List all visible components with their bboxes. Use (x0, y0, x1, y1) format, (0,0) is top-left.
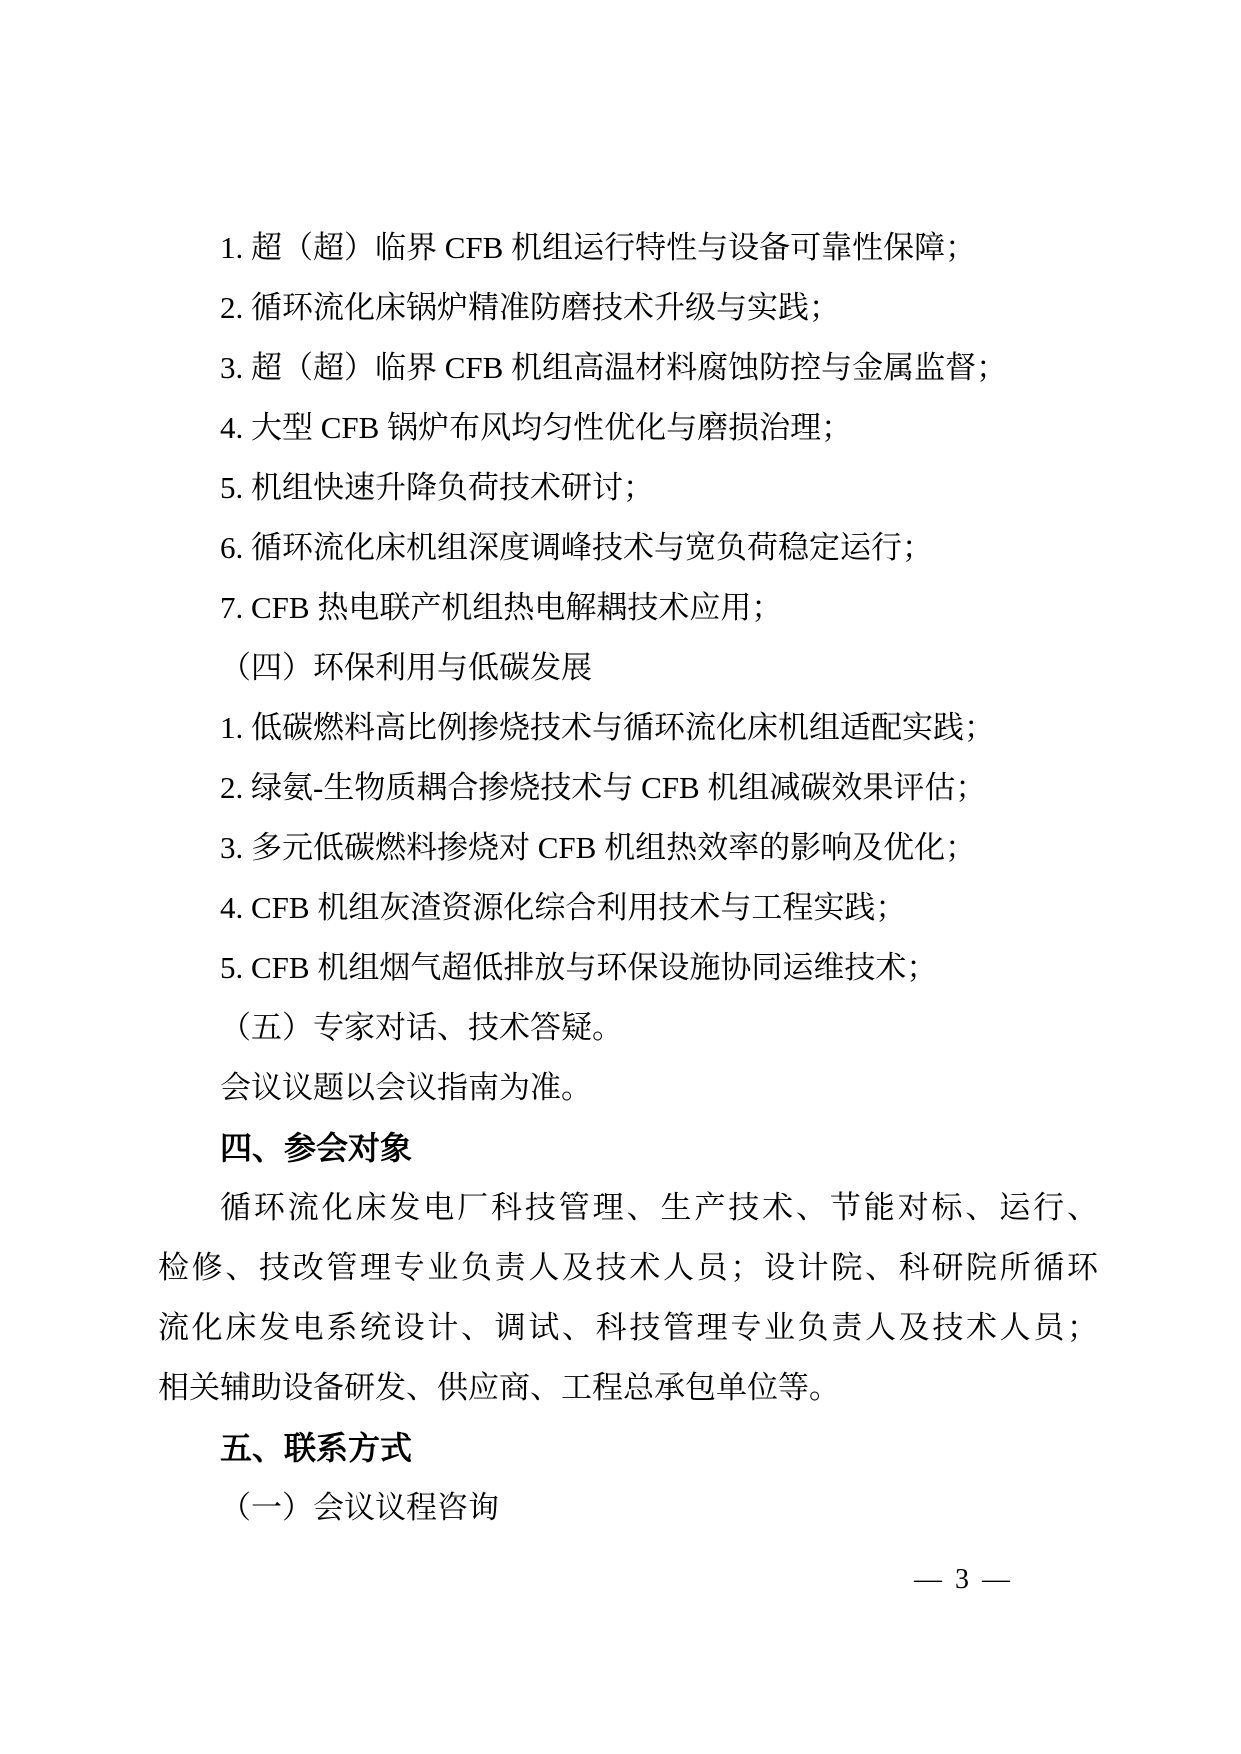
agenda-item: 3. 超（超）临界 CFB 机组高温材料腐蚀防控与金属监督； (158, 338, 1098, 398)
agenda-item: 5. CFB 机组烟气超低排放与环保设施协同运维技术； (158, 938, 1098, 998)
contact-subsection-heading: （一）会议议程咨询 (158, 1478, 1098, 1538)
document-page: 1. 超（超）临界 CFB 机组运行特性与设备可靠性保障； 2. 循环流化床锅炉… (0, 0, 1241, 1754)
participants-paragraph-line: 流化床发电系统设计、调试、科技管理专业负责人及技术人员； (158, 1298, 1098, 1358)
section-heading-participants: 四、参会对象 (158, 1118, 1098, 1178)
agenda-note: 会议议题以会议指南为准。 (158, 1058, 1098, 1118)
agenda-subsection-heading-5: （五）专家对话、技术答疑。 (158, 998, 1098, 1058)
agenda-item: 1. 超（超）临界 CFB 机组运行特性与设备可靠性保障； (158, 218, 1098, 278)
participants-paragraph-line: 循环流化床发电厂科技管理、生产技术、节能对标、运行、 (158, 1178, 1098, 1238)
agenda-item: 3. 多元低碳燃料掺烧对 CFB 机组热效率的影响及优化； (158, 818, 1098, 878)
section-heading-contact: 五、联系方式 (158, 1418, 1098, 1478)
participants-paragraph-line: 检修、技改管理专业负责人及技术人员；设计院、科研院所循环 (158, 1238, 1098, 1298)
participants-paragraph-line: 相关辅助设备研发、供应商、工程总承包单位等。 (158, 1358, 1098, 1418)
agenda-item: 5. 机组快速升降负荷技术研讨； (158, 458, 1098, 518)
document-body: 1. 超（超）临界 CFB 机组运行特性与设备可靠性保障； 2. 循环流化床锅炉… (158, 218, 1098, 1538)
agenda-item: 2. 循环流化床锅炉精准防磨技术升级与实践； (158, 278, 1098, 338)
agenda-item: 1. 低碳燃料高比例掺烧技术与循环流化床机组适配实践； (158, 698, 1098, 758)
page-number: — 3 — (914, 1560, 1013, 1600)
agenda-item: 2. 绿氨-生物质耦合掺烧技术与 CFB 机组减碳效果评估； (158, 758, 1098, 818)
agenda-item: 4. CFB 机组灰渣资源化综合利用技术与工程实践； (158, 878, 1098, 938)
agenda-item: 7. CFB 热电联产机组热电解耦技术应用； (158, 578, 1098, 638)
agenda-item: 4. 大型 CFB 锅炉布风均匀性优化与磨损治理； (158, 398, 1098, 458)
agenda-item: 6. 循环流化床机组深度调峰技术与宽负荷稳定运行； (158, 518, 1098, 578)
agenda-subsection-heading-4: （四）环保利用与低碳发展 (158, 638, 1098, 698)
